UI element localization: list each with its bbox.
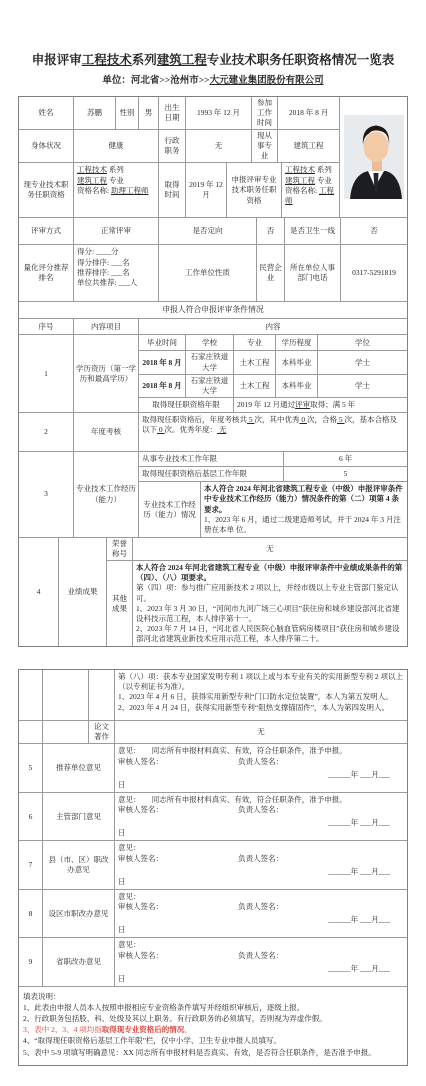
other-achievements-value: 本人符合 2024 年河北省建筑工程专业（中级）申报评审条件中业绩成果条件的第（… bbox=[133, 561, 407, 646]
annual-assessment-no: 2 bbox=[19, 413, 74, 451]
admin-duty-label: 行政职务 bbox=[159, 130, 186, 162]
document-page: 申报评审工程技术系列建筑工程专业技术职务任职资格情况一览表 单位：河北省>>沧州… bbox=[0, 0, 426, 1086]
birth-value: 1993 年 12 月 bbox=[186, 97, 252, 129]
papers-row: 论文著作 无 bbox=[19, 721, 407, 744]
empty-cell bbox=[43, 721, 89, 743]
education-row-label: 学历资历（第一学历和最高学历） bbox=[74, 335, 139, 412]
empty-cell bbox=[89, 670, 115, 720]
opinion-content: 意见： 同志所有申报材料真实、有效，符合任职条件，准予申报。 审核人签名： 负责… bbox=[115, 793, 407, 841]
date-blank: ______年 ___月___ bbox=[118, 867, 404, 877]
edu-col-degree: 学位 bbox=[318, 335, 407, 350]
notes-title: 填表说明： bbox=[23, 992, 403, 1002]
date-blank: ______年 ___月___ bbox=[118, 770, 404, 780]
review-method-label: 评审方式 bbox=[19, 218, 74, 244]
hr-phone-value: 0317-5291819 bbox=[341, 245, 407, 301]
date-blank: ______年 ___月___ bbox=[118, 915, 404, 925]
reviewer-signature-label: 审核人签名： bbox=[118, 902, 238, 912]
edu-col-major: 专业 bbox=[234, 335, 276, 350]
signature-line: 审核人签名： 负责人签名： bbox=[118, 805, 404, 815]
education-row: 1 学历资历（第一学历和最高学历） 毕业时间 学校 专业 学历程度 学位 201… bbox=[19, 335, 407, 413]
opinion-label: 县（市、区）职改办意见 bbox=[43, 841, 115, 889]
opinion-content: 意见： 同志所有申报材料真实、有效，符合任职条件，准予申报。 审核人签名： 负责… bbox=[115, 744, 407, 792]
unit-type-value: 民营企业 bbox=[257, 245, 285, 301]
score-ranking-row: 量化评分推荐排名 得分: ____分 得分排序: ___名 推荐排序: ___名… bbox=[19, 245, 407, 302]
opinion-label: 设区市职改办意见 bbox=[43, 890, 115, 938]
page-title: 申报评审工程技术系列建筑工程专业技术职务任职资格情况一览表 bbox=[18, 52, 408, 69]
date-blank: ______年 ___月___ bbox=[118, 818, 404, 828]
directional-value: 否 bbox=[257, 218, 285, 244]
current-title-value: 工程技术 系列建筑工程 专业资格名称: 助理工程师 bbox=[74, 163, 159, 217]
day-char: 日 bbox=[118, 974, 404, 984]
opinion-text: 意见： 同志所有申报材料真实、有效，符合任职条件，准予申报。 bbox=[118, 795, 404, 805]
qualification-years-label: 取得现任职资格年限 bbox=[139, 398, 234, 412]
opinion-no: 8 bbox=[19, 890, 43, 938]
opinion-row-city-office: 8 设区市职改办意见 意见： 审核人签名： 负责人签名： ______年 ___… bbox=[19, 890, 407, 939]
annual-assessment-label: 年度考核 bbox=[74, 413, 139, 451]
opinion-text: 意见： bbox=[118, 940, 404, 950]
date-blank: ______年 ___月___ bbox=[118, 964, 404, 974]
signature-line: 审核人签名： 负责人签名： bbox=[118, 854, 404, 864]
edu-time: 2018 年 8 月 bbox=[139, 351, 186, 373]
col-item-header: 内容项目 bbox=[74, 319, 139, 334]
gender-value: 男 bbox=[139, 97, 159, 129]
review-method-row: 评审方式 正常评审 是否定向 否 是否卫生一线 否 bbox=[19, 218, 407, 245]
applicant-photo bbox=[340, 97, 407, 218]
honor-row: 荣誉称号 无 bbox=[107, 538, 407, 561]
education-data-row: 2018 年 8 月 石家庄铁道大学 土木工程 本科毕业 学士 bbox=[139, 375, 407, 398]
review-method-value: 正常评审 bbox=[74, 218, 159, 244]
base-years-label: 取得现任职资格后基层工作年限 bbox=[139, 467, 284, 481]
obtain-time-label: 取得时间 bbox=[159, 163, 186, 217]
birth-label: 出生日期 bbox=[159, 97, 186, 129]
opinion-no: 5 bbox=[19, 744, 43, 792]
experience-no: 3 bbox=[19, 452, 74, 537]
opinion-label: 省职改办意见 bbox=[43, 938, 115, 986]
day-char: 日 bbox=[118, 828, 404, 838]
education-subtable: 毕业时间 学校 专业 学历程度 学位 2018 年 8 月 石家庄铁道大学 土木… bbox=[139, 335, 407, 412]
edu-degree: 学士 bbox=[318, 375, 407, 397]
edu-major: 土木工程 bbox=[234, 351, 276, 373]
obtain-time-value: 2019 年 12 月 bbox=[186, 163, 227, 217]
frontline-value: 否 bbox=[341, 218, 407, 244]
leader-signature-label: 负责人签名： bbox=[238, 854, 283, 864]
base-years-row: 取得现任职资格后基层工作年限 5 bbox=[139, 467, 407, 482]
reviewer-signature-label: 审核人签名： bbox=[118, 854, 238, 864]
signature-line: 审核人签名： 负责人签名： bbox=[118, 951, 404, 961]
honor-value: 无 bbox=[133, 538, 407, 560]
current-profession-label: 现从事专业 bbox=[252, 130, 278, 162]
conditions-header-row: 序号 内容项目 内容 bbox=[19, 319, 407, 335]
personal-info-group: 姓名 苏鹏 性别 男 出生日期 1993 年 12 月 参加工作时间 2018 … bbox=[19, 97, 407, 219]
edu-major: 土木工程 bbox=[234, 375, 276, 397]
form-notes-content: 填表说明： 1、此表由申报人员本人按照申报相应专业资格条件填写并经组织审核后，逐… bbox=[19, 987, 407, 1065]
conditions-section-title: 申报人符合申报评审条件情况 bbox=[19, 302, 407, 318]
name-label: 姓名 bbox=[19, 97, 74, 129]
work-years-value: 6 年 bbox=[284, 452, 407, 466]
score-ranking-value: 得分: ____分 得分排序: ___名 推荐排序: ___名 单位共推荐: _… bbox=[74, 245, 159, 301]
other-achievements-label: 其他成果 bbox=[107, 561, 133, 646]
apply-title-value: 工程技术 系列建筑工程 专业资格名称: 工程师 bbox=[282, 163, 340, 217]
patent-continuation-row: 第（八）项：获本专业国家发明专利 1 项以上或与本专业有关的实用新型专利 2 项… bbox=[19, 670, 407, 721]
reviewer-signature-label: 审核人签名： bbox=[118, 951, 238, 961]
reviewer-signature-label: 审核人签名： bbox=[118, 805, 238, 815]
main-form-table: 姓名 苏鹏 性别 男 出生日期 1993 年 12 月 参加工作时间 2018 … bbox=[18, 96, 408, 648]
experience-detail-label: 专业技术工作经历（能力）情况 bbox=[139, 482, 201, 537]
experience-label: 专业技术工作经历（能力） bbox=[74, 452, 139, 537]
reviewer-signature-label: 审核人签名： bbox=[118, 757, 238, 767]
frontline-label: 是否卫生一线 bbox=[285, 218, 341, 244]
opinion-row-recommending-unit: 5 推荐单位意见 意见： 同志所有申报材料真实、有效，符合任职条件，准予申报。 … bbox=[19, 744, 407, 793]
qualification-years-row: 取得现任职资格年限 2019 年 12 月通过评审取得；满 5 年 bbox=[139, 398, 407, 412]
education-data-row: 2018 年 8 月 石家庄铁道大学 土木工程 本科毕业 学士 bbox=[139, 351, 407, 374]
note-item: 5、表中 5-9 项填写明确意见：XX 同志所有申报材料是否真实、有效，是否符合… bbox=[23, 1048, 403, 1058]
opinion-text: 意见： bbox=[118, 892, 404, 902]
empty-cell bbox=[19, 670, 43, 720]
leader-signature-label: 负责人签名： bbox=[238, 805, 283, 815]
edu-col-school: 学校 bbox=[186, 335, 234, 350]
col-content-header: 内容 bbox=[139, 319, 407, 334]
achievements-subtable: 荣誉称号 无 其他成果 本人符合 2024 年河北省建筑工程专业（中级）申报评审… bbox=[107, 538, 407, 646]
achievements-label: 业绩成果 bbox=[59, 538, 107, 646]
leader-signature-label: 负责人签名： bbox=[238, 902, 283, 912]
edu-school: 石家庄铁道大学 bbox=[186, 375, 234, 397]
achievements-row: 4 业绩成果 荣誉称号 无 其他成果 本人符合 2024 年河北省建筑工程专业（… bbox=[19, 538, 407, 646]
leader-signature-label: 负责人签名： bbox=[238, 951, 283, 961]
opinion-no: 6 bbox=[19, 793, 43, 841]
directional-label: 是否定向 bbox=[159, 218, 257, 244]
form-notes: 填表说明： 1、此表由申报人员本人按照申报相应专业资格条件填写并经组织审核后，逐… bbox=[19, 987, 407, 1065]
experience-detail-value: 本人符合 2024 年河北省建筑工程专业（中级）申报评审条件中专业技术工作经历（… bbox=[201, 482, 407, 537]
leader-signature-label: 负责人签名： bbox=[238, 757, 283, 767]
opinion-text: 意见： bbox=[118, 843, 404, 853]
edu-level: 本科毕业 bbox=[276, 375, 318, 397]
opinion-content: 意见： 审核人签名： 负责人签名： ______年 ___月___ 日 bbox=[115, 841, 407, 889]
opinion-label: 推荐单位意见 bbox=[43, 744, 115, 792]
join-label: 参加工作时间 bbox=[252, 97, 278, 129]
empty-cell bbox=[43, 670, 89, 720]
edu-time: 2018 年 8 月 bbox=[139, 375, 186, 397]
opinion-content: 意见： 审核人签名： 负责人签名： ______年 ___月___ 日 bbox=[115, 890, 407, 938]
signature-line: 审核人签名： 负责人签名： bbox=[118, 902, 404, 912]
education-row-no: 1 bbox=[19, 335, 74, 412]
note-item: 2、行政职务包括股、科、处级及其以上职务。有行政职务的必须填写，否则视为弄虚作假… bbox=[23, 1014, 403, 1024]
signature-line: 审核人签名： 负责人签名： bbox=[118, 757, 404, 767]
apply-title-label: 申报评审专业技术职务任职资格 bbox=[227, 163, 282, 217]
day-char: 日 bbox=[118, 925, 404, 935]
experience-row: 3 专业技术工作经历（能力） 从事专业技术工作年限 6 年 取得现任职资格后基层… bbox=[19, 452, 407, 538]
current-profession-value: 建筑工程 bbox=[278, 130, 340, 162]
other-achievements-row: 其他成果 本人符合 2024 年河北省建筑工程专业（中级）申报评审条件中业绩成果… bbox=[107, 561, 407, 646]
patent-achievements-value: 第（八）项：获本专业国家发明专利 1 项以上或与本专业有关的实用新型专利 2 项… bbox=[115, 670, 407, 720]
honor-label: 荣誉称号 bbox=[107, 538, 133, 560]
gender-label: 性别 bbox=[116, 97, 139, 129]
current-title-label: 现专业技术职务任职资格 bbox=[19, 163, 74, 217]
opinion-no: 7 bbox=[19, 841, 43, 889]
papers-value: 无 bbox=[115, 721, 407, 743]
papers-label: 论文著作 bbox=[89, 721, 115, 743]
score-ranking-label: 量化评分推荐排名 bbox=[19, 245, 74, 301]
edu-col-level: 学历程度 bbox=[276, 335, 318, 350]
edu-level: 本科毕业 bbox=[276, 351, 318, 373]
work-years-label: 从事专业技术工作年限 bbox=[139, 452, 284, 466]
qualification-years-value: 2019 年 12 月通过评审取得；满 5 年 bbox=[234, 398, 407, 412]
education-header-row: 毕业时间 学校 专业 学历程度 学位 bbox=[139, 335, 407, 351]
experience-subtable: 从事专业技术工作年限 6 年 取得现任职资格后基层工作年限 5 专业技术工作经历… bbox=[139, 452, 407, 537]
table-row: 姓名 苏鹏 性别 男 出生日期 1993 年 12 月 参加工作时间 2018 … bbox=[19, 97, 340, 130]
empty-cell bbox=[19, 721, 43, 743]
conditions-section-banner: 申报人符合申报评审条件情况 bbox=[19, 302, 407, 319]
note-item: 3、表中 2、3、4 项均指取得现专业资格后的情况。 bbox=[23, 1025, 403, 1035]
annual-assessment-row: 2 年度考核 取得现任职资格后，年度考核共 5 次，其中优秀 0 次，合格 5 … bbox=[19, 413, 407, 452]
table-row: 现专业技术职务任职资格 工程技术 系列建筑工程 专业资格名称: 助理工程师 取得… bbox=[19, 163, 340, 217]
health-label: 身体状况 bbox=[19, 130, 74, 162]
opinion-text: 意见： 同志所有申报材料真实、有效，符合任职条件，准予申报。 bbox=[118, 746, 404, 756]
note-item: 1、此表由申报人员本人按照申报相应专业资格条件填写并经组织审核后，逐级上报。 bbox=[23, 1003, 403, 1013]
personal-info-left: 姓名 苏鹏 性别 男 出生日期 1993 年 12 月 参加工作时间 2018 … bbox=[19, 97, 340, 218]
edu-degree: 学士 bbox=[318, 351, 407, 373]
col-no-header: 序号 bbox=[19, 319, 74, 334]
day-char: 日 bbox=[118, 780, 404, 790]
work-years-row: 从事专业技术工作年限 6 年 bbox=[139, 452, 407, 467]
opinion-content: 意见： 审核人签名： 负责人签名： ______年 ___月___ 日 bbox=[115, 938, 407, 986]
unit-subtitle: 单位：河北省>>沧州市>>大元建业集团股份有限公司 bbox=[18, 75, 408, 88]
achievements-no: 4 bbox=[19, 538, 59, 646]
annual-assessment-value: 取得现任职资格后，年度考核共 5 次，其中优秀 0 次，合格 5 次，基本合格及… bbox=[139, 413, 407, 451]
portrait-photo-image bbox=[344, 115, 404, 199]
join-value: 2018 年 8 月 bbox=[278, 97, 340, 129]
opinion-label: 主管部门意见 bbox=[43, 793, 115, 841]
base-years-value: 5 bbox=[284, 467, 407, 481]
unit-type-label: 工作单位性质 bbox=[159, 245, 257, 301]
opinion-row-county-office: 7 县（市、区）职改办意见 意见： 审核人签名： 负责人签名： ______年 … bbox=[19, 841, 407, 890]
continuation-table: 第（八）项：获本专业国家发明专利 1 项以上或与本专业有关的实用新型专利 2 项… bbox=[18, 669, 408, 1066]
table-row: 身体状况 健康 行政职务 无 现从事专业 建筑工程 bbox=[19, 130, 340, 163]
edu-col-time: 毕业时间 bbox=[139, 335, 186, 350]
opinion-no: 9 bbox=[19, 938, 43, 986]
note-item: 4、“取得现任职资格后基层工作年限”栏，仅中小学、卫生专业申报人员填写。 bbox=[23, 1036, 403, 1046]
opinion-row-province-office: 9 省职改办意见 意见： 审核人签名： 负责人签名： ______年 ___月_… bbox=[19, 938, 407, 987]
opinion-row-competent-department: 6 主管部门意见 意见： 同志所有申报材料真实、有效，符合任职条件，准予申报。 … bbox=[19, 793, 407, 842]
health-value: 健康 bbox=[74, 130, 159, 162]
admin-duty-value: 无 bbox=[186, 130, 252, 162]
hr-phone-label: 所在单位人事部门电话 bbox=[285, 245, 341, 301]
edu-school: 石家庄铁道大学 bbox=[186, 351, 234, 373]
experience-detail-row: 专业技术工作经历（能力）情况 本人符合 2024 年河北省建筑工程专业（中级）申… bbox=[139, 482, 407, 537]
day-char: 日 bbox=[118, 877, 404, 887]
name-value: 苏鹏 bbox=[74, 97, 116, 129]
